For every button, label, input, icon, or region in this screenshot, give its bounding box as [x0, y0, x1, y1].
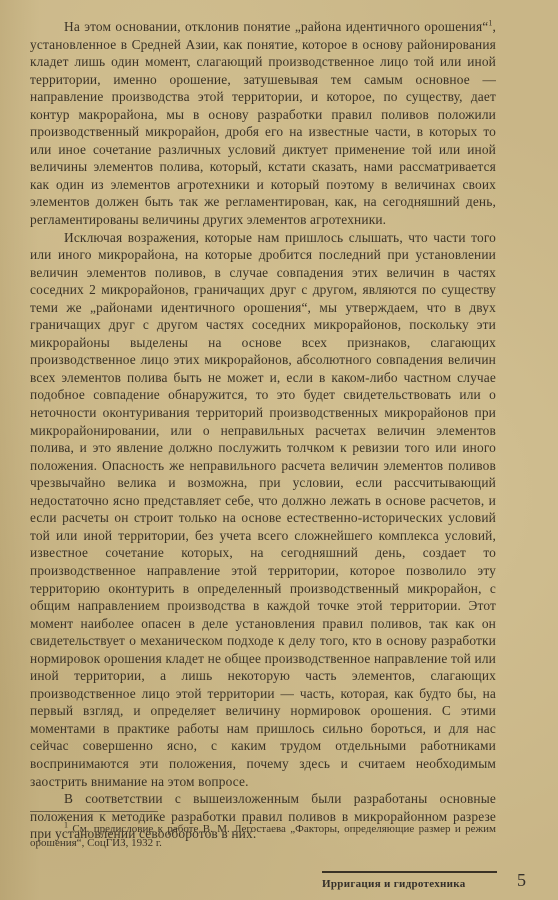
running-footer: Ирригация и гидротехника [322, 871, 497, 890]
page-number: 5 [517, 870, 526, 891]
main-text: На этом основании, отклонив понятие „рай… [30, 18, 496, 843]
paragraph-1: На этом основании, отклонив понятие „рай… [30, 18, 496, 229]
page-body: На этом основании, отклонив понятие „рай… [30, 18, 496, 843]
footnote-divider [30, 811, 158, 812]
paragraph-1-text-end: , установленное в Средней Азии, как поня… [30, 19, 496, 227]
journal-title: Ирригация и гидротехника [322, 878, 466, 890]
footnote-text: См. предисловие к работе В. М. Легостаев… [30, 823, 496, 849]
paragraph-1-text-start: На этом основании, отклонив понятие „рай… [64, 19, 488, 34]
footnote: 1 См. предисловие к работе В. М. Легоста… [30, 822, 496, 850]
paragraph-2: Исключая возражения, которые нам пришлос… [30, 229, 496, 791]
